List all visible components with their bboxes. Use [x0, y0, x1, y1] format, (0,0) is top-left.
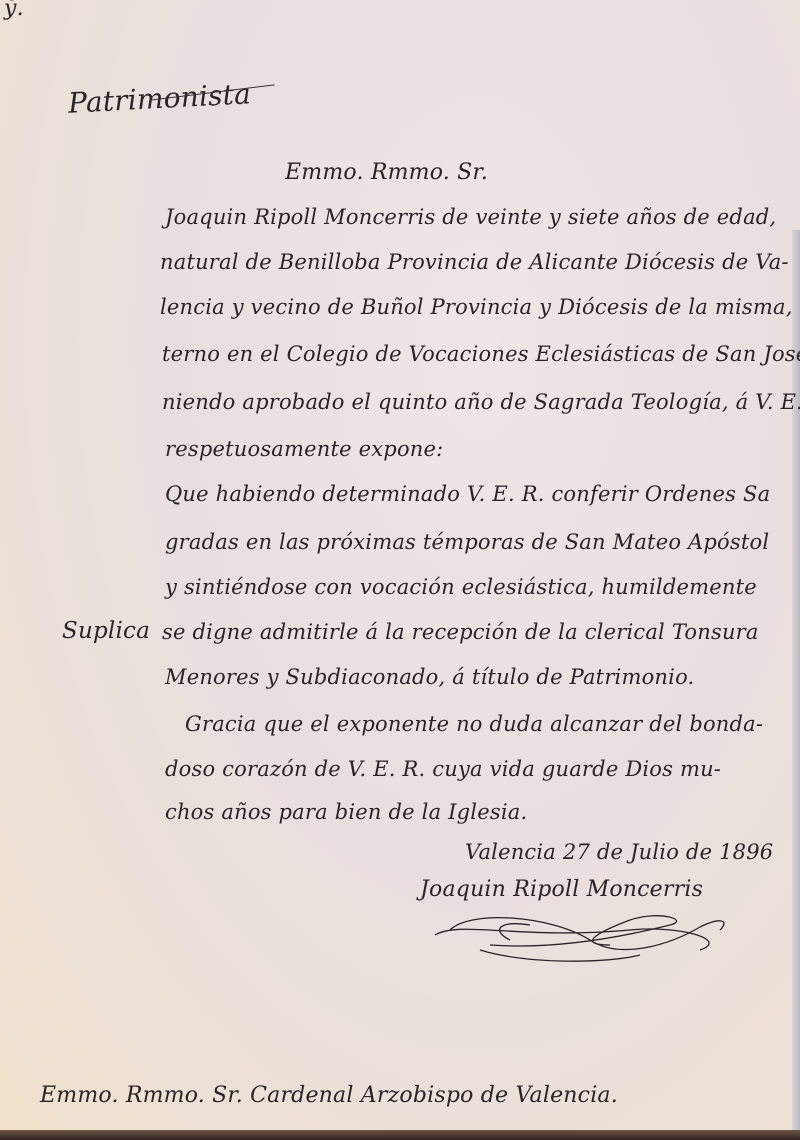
body-line: gradas en las próximas témporas de San M… [165, 530, 769, 554]
salutation: Emmo. Rmmo. Sr. [285, 160, 488, 185]
body-line: terno en el Colegio de Vocaciones Eclesi… [162, 342, 800, 366]
body-line: respetuosamente expone: [165, 437, 443, 461]
body-line: natural de Benilloba Provincia de Alican… [160, 250, 789, 274]
addressee: Emmo. Rmmo. Sr. Cardenal Arzobispo de Va… [40, 1083, 618, 1108]
body-line: niendo aprobado el quinto año de Sagrada… [162, 390, 800, 414]
closing-line: Gracia que el exponente no duda alcanzar… [185, 712, 763, 736]
body-line: lencia y vecino de Buñol Provincia y Dió… [160, 295, 800, 319]
suplica-label: Suplica [62, 618, 150, 644]
body-line: Joaquin Ripoll Moncerris de veinte y sie… [165, 205, 776, 229]
place-date: Valencia 27 de Julio de 1896 [465, 840, 773, 864]
corner-mark: y̆. [4, 0, 24, 21]
signature: Joaquin Ripoll Moncerris [420, 877, 703, 902]
body-line: Que habiendo determinado V. E. R. confer… [165, 482, 770, 506]
suplica-line: Menores y Subdiaconado, á título de Patr… [165, 665, 694, 689]
suplica-line: se digne admitirle á la recepción de la … [162, 620, 759, 644]
closing-line: chos años para bien de la Iglesia. [165, 800, 527, 824]
page-edge-bottom [0, 1130, 800, 1140]
signature-flourish-icon [430, 905, 740, 970]
closing-line: doso corazón de V. E. R. cuya vida guard… [165, 757, 721, 781]
body-line: y sintiéndose con vocación eclesiástica,… [165, 575, 757, 599]
